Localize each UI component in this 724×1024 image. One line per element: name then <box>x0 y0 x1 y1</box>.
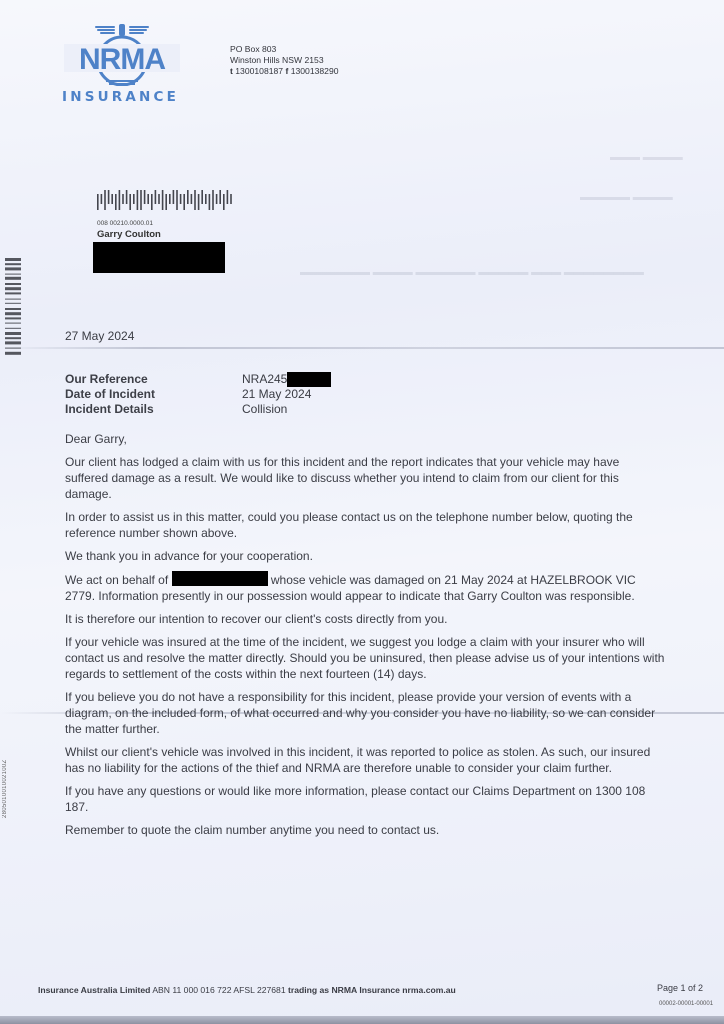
incident-details-label: Incident Details <box>65 402 154 417</box>
side-barcode-icon <box>5 258 21 404</box>
footer-abn: ABN 11 000 016 722 AFSL 227681 <box>152 985 285 995</box>
paragraph: We act on behalf of whose vehicle was da… <box>65 571 665 604</box>
page-number: Page 1 of 2 <box>657 983 703 993</box>
svg-text:NRMA: NRMA <box>79 43 165 76</box>
paragraph: Whilst our client's vehicle was involved… <box>65 744 665 776</box>
salutation: Dear Garry, <box>65 431 665 447</box>
logo-insurance-text: INSURANCE <box>62 89 179 105</box>
reference-value: NRA245 <box>242 372 331 387</box>
paragraph: In order to assist us in this matter, co… <box>65 509 665 541</box>
nrma-wings-logo-icon: NRMA <box>62 24 182 86</box>
paragraph: Remember to quote the claim number anyti… <box>65 822 665 838</box>
bleed-through-text: ▬▬▬▬▬▬▬ ▬▬▬▬ ▬▬▬▬▬▬ ▬▬▬▬▬ ▬▬▬ ▬▬▬▬▬▬▬▬ <box>300 265 644 281</box>
footer-trading: trading as NRMA Insurance nrma.com.au <box>288 985 456 995</box>
paragraph: If your vehicle was insured at the time … <box>65 634 665 682</box>
redacted-recipient-address <box>93 242 225 273</box>
phone-number: 1300108187 <box>235 66 283 76</box>
redacted-client-name <box>172 571 268 586</box>
redacted-reference-suffix <box>287 372 331 387</box>
paragraph: If you have any questions or would like … <box>65 783 665 815</box>
sender-address: PO Box 803 Winston Hills NSW 2153 t 1300… <box>230 44 339 77</box>
address-line: PO Box 803 <box>230 44 339 55</box>
paragraph-text: We act on behalf of <box>65 573 168 587</box>
contact-line: t 1300108187 f 1300138290 <box>230 66 339 77</box>
paper-fold-line <box>0 347 724 349</box>
postal-sort-code: 008 00210.0000.01 <box>97 220 153 227</box>
paper-edge-shadow <box>0 1016 724 1024</box>
letter-page: ▬▬▬ ▬▬▬▬ ▬▬▬▬▬ ▬▬▬▬ ▬▬▬▬▬▬▬ ▬▬▬▬ ▬▬▬▬▬▬ … <box>0 0 724 1024</box>
letter-date: 27 May 2024 <box>65 329 134 343</box>
paragraph: It is therefore our intention to recover… <box>65 611 665 627</box>
letter-body: Dear Garry, Our client has lodged a clai… <box>65 431 665 845</box>
document-code: 00002-00001-00001 <box>659 1001 713 1007</box>
fax-number: 1300138290 <box>291 66 339 76</box>
paragraph: Our client has lodged a claim with us fo… <box>65 454 665 502</box>
incident-date-value: 21 May 2024 <box>242 387 311 402</box>
paragraph: We thank you in advance for your coopera… <box>65 548 665 564</box>
recipient-name: Garry Coulton <box>97 229 161 240</box>
footer-company: Insurance Australia Limited <box>38 985 150 995</box>
address-line: Winston Hills NSW 2153 <box>230 55 339 66</box>
incident-date-label: Date of Incident <box>65 387 155 402</box>
fax-label: f <box>285 66 288 76</box>
phone-label: t <box>230 66 233 76</box>
bleed-through-text: ▬▬▬▬▬ ▬▬▬▬ <box>580 190 673 206</box>
nrma-insurance-logo: NRMA INSURANCE <box>62 24 182 86</box>
paragraph: If you believe you do not have a respons… <box>65 689 665 737</box>
side-reference-code: 280501001002100Z <box>2 728 16 818</box>
footer-legal: Insurance Australia Limited ABN 11 000 0… <box>38 985 456 995</box>
incident-details-value: Collision <box>242 402 287 417</box>
postal-barcode-icon <box>97 190 237 210</box>
bleed-through-text: ▬▬▬ ▬▬▬▬ <box>610 150 683 166</box>
reference-label: Our Reference <box>65 372 148 387</box>
